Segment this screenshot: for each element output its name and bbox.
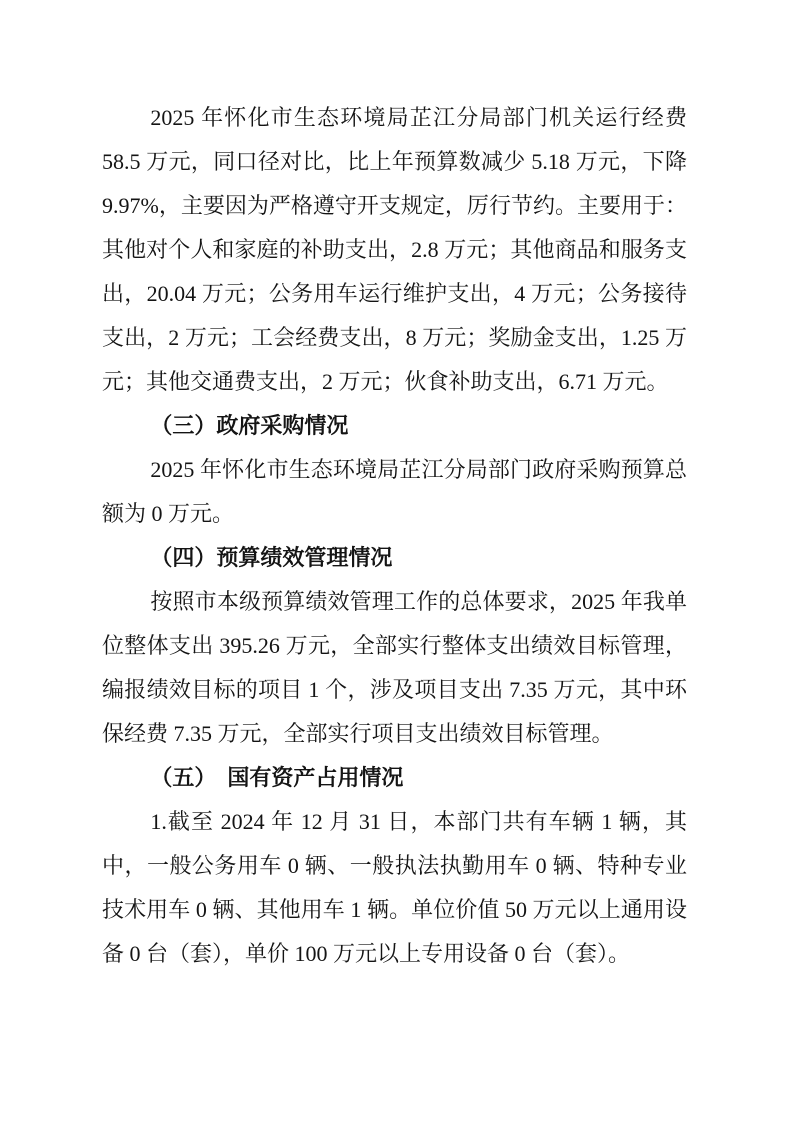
document-page: 2025 年怀化市生态环境局芷江分局部门机关运行经费 58.5 万元，同口径对比… — [0, 0, 793, 1122]
body-paragraph-state-assets: 1.截至 2024 年 12 月 31 日，本部门共有车辆 1 辆，其中，一般公… — [102, 800, 687, 976]
body-paragraph-procurement-budget: 2025 年怀化市生态环境局芷江分局部门政府采购预算总额为 0 万元。 — [102, 448, 687, 536]
body-paragraph-operating-expenses: 2025 年怀化市生态环境局芷江分局部门机关运行经费 58.5 万元，同口径对比… — [102, 96, 687, 404]
section-heading-government-procurement: （三）政府采购情况 — [102, 404, 687, 448]
section-heading-state-assets: （五） 国有资产占用情况 — [102, 756, 687, 800]
section-heading-budget-performance: （四）预算绩效管理情况 — [102, 536, 687, 580]
body-paragraph-performance-management: 按照市本级预算绩效管理工作的总体要求，2025 年我单位整体支出 395.26 … — [102, 580, 687, 756]
